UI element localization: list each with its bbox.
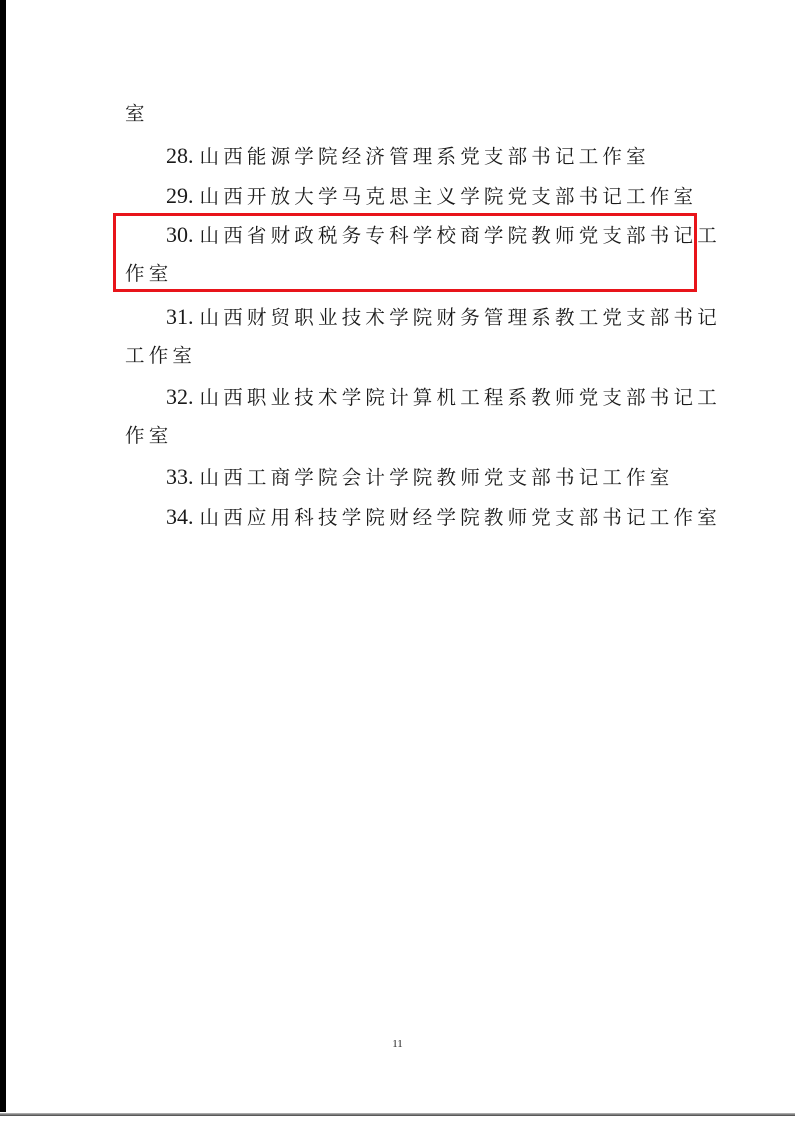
scan-bottom-margin bbox=[0, 1116, 795, 1123]
item-text: 山西能源学院经济管理系党支部书记工作室 bbox=[200, 145, 650, 168]
page-number: 11 bbox=[0, 1038, 795, 1050]
item-text: 山西职业技术学院计算机工程系教师党支部书记工 bbox=[200, 386, 721, 409]
item-number: 29. bbox=[166, 183, 194, 208]
list-item-31: 31.山西财贸职业技术学院财务管理系教工党支部书记 bbox=[166, 305, 721, 330]
item-text: 山西财贸职业技术学院财务管理系教工党支部书记 bbox=[200, 306, 721, 329]
list-item-31-continuation: 工作室 bbox=[125, 344, 196, 368]
list-item-33: 33.山西工商学院会计学院教师党支部书记工作室 bbox=[166, 465, 674, 490]
item-text: 山西省财政税务专科学校商学院教师党支部书记工 bbox=[200, 224, 721, 247]
list-item-32-continuation: 作室 bbox=[125, 424, 172, 448]
item-number: 32. bbox=[166, 384, 194, 409]
list-item-29: 29.山西开放大学马克思主义学院党支部书记工作室 bbox=[166, 184, 697, 209]
item-number: 34. bbox=[166, 504, 194, 529]
item-text: 山西开放大学马克思主义学院党支部书记工作室 bbox=[200, 185, 698, 208]
list-item-32: 32.山西职业技术学院计算机工程系教师党支部书记工 bbox=[166, 385, 721, 410]
item-number: 33. bbox=[166, 464, 194, 489]
item-text: 山西应用科技学院财经学院教师党支部书记工作室 bbox=[200, 506, 721, 529]
item-number: 31. bbox=[166, 304, 194, 329]
list-item-30: 30.山西省财政税务专科学校商学院教师党支部书记工 bbox=[166, 223, 721, 248]
list-item-28: 28.山西能源学院经济管理系党支部书记工作室 bbox=[166, 144, 650, 169]
item-text: 山西工商学院会计学院教师党支部书记工作室 bbox=[200, 466, 674, 489]
item-number: 30. bbox=[166, 222, 194, 247]
item-number: 28. bbox=[166, 143, 194, 168]
continuation-text: 室 bbox=[125, 102, 149, 126]
scan-left-edge bbox=[0, 0, 6, 1112]
list-item-34: 34.山西应用科技学院财经学院教师党支部书记工作室 bbox=[166, 505, 721, 530]
list-item-30-continuation: 作室 bbox=[125, 262, 172, 286]
